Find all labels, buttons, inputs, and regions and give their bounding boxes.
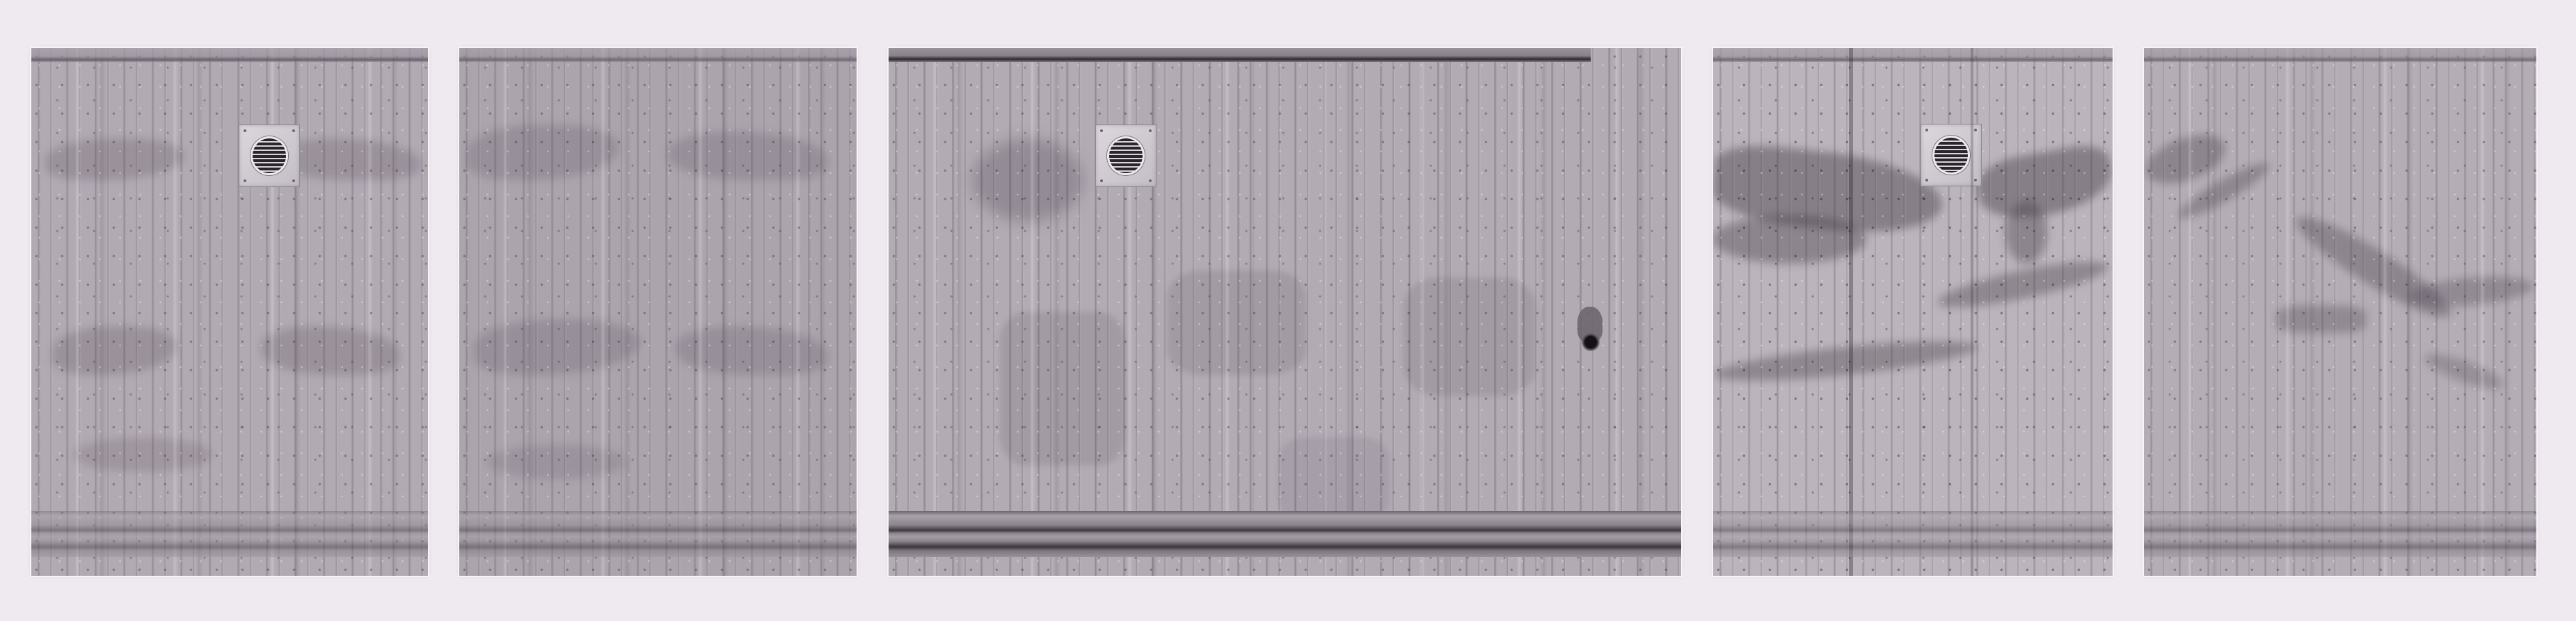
screw <box>1100 129 1103 132</box>
guardrail <box>1713 511 2113 557</box>
guardrail <box>459 511 857 557</box>
concrete-grain <box>31 48 428 576</box>
top-ledge <box>459 48 857 62</box>
gallery-image-3[interactable] <box>889 48 1681 576</box>
top-ledge <box>889 48 1591 62</box>
screw <box>1925 179 1928 182</box>
texture-gallery <box>0 0 2576 621</box>
screw <box>1925 129 1928 131</box>
vent-louvers <box>251 136 288 175</box>
dark-seam <box>1971 48 1973 576</box>
concrete-grain <box>1713 48 2113 576</box>
vent-louvers <box>1107 136 1145 175</box>
screw <box>292 179 295 182</box>
gallery-image-5[interactable] <box>2144 48 2536 576</box>
dark-seam <box>1849 48 1853 576</box>
steel-guardrail <box>889 511 1681 557</box>
screw <box>1974 179 1977 182</box>
top-ledge <box>2144 48 2536 62</box>
screw <box>1100 179 1103 182</box>
gallery-image-2[interactable] <box>459 48 857 576</box>
concrete-grain <box>459 48 857 576</box>
screw <box>1974 129 1977 131</box>
gallery-image-1[interactable] <box>31 48 428 576</box>
screw <box>244 129 246 132</box>
vent-louvers <box>1932 136 1970 175</box>
wall-hole <box>1582 333 1600 351</box>
guardrail <box>2144 511 2536 557</box>
screw <box>244 179 246 182</box>
screw <box>292 129 295 132</box>
top-ledge <box>1713 48 2113 62</box>
gallery-image-4[interactable] <box>1713 48 2113 576</box>
screw <box>1149 129 1152 132</box>
top-ledge <box>31 48 428 62</box>
screw <box>1149 179 1152 182</box>
guardrail <box>31 511 428 557</box>
concrete-grain <box>2144 48 2536 576</box>
concrete-grain <box>889 48 1681 576</box>
vent-grille-icon <box>1095 124 1156 187</box>
vent-grille-icon <box>239 124 300 187</box>
